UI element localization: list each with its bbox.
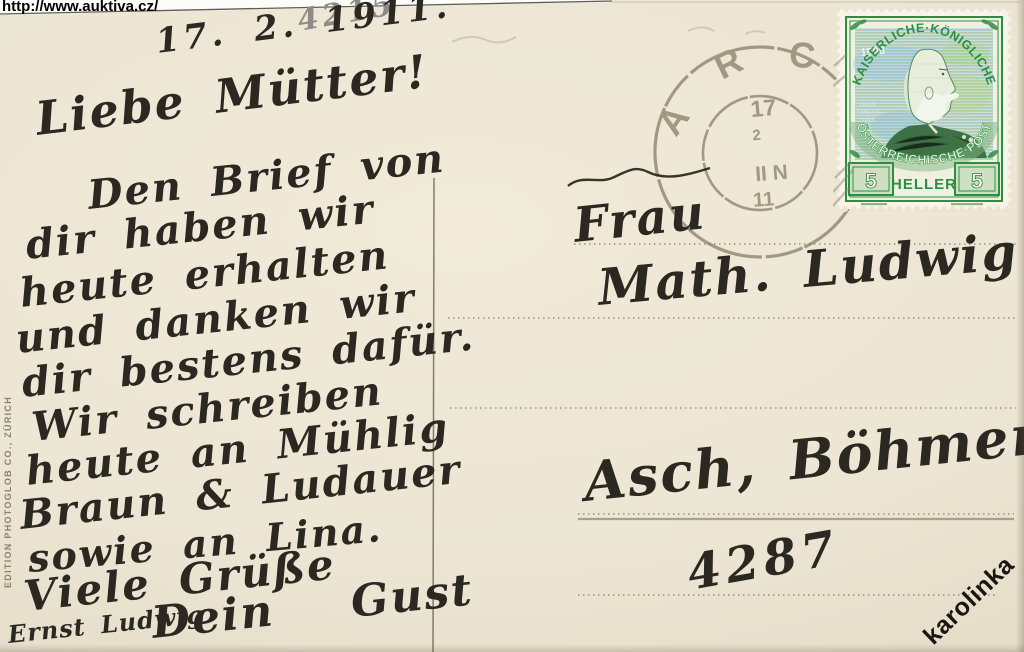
- address-line: 4287: [683, 520, 844, 602]
- postmark-town-letters: A R C: [649, 33, 817, 142]
- svg-text:2: 2: [752, 127, 762, 145]
- svg-text:C: C: [787, 33, 817, 76]
- stamp: 1908 FRAN CISCVS TIVS KAISERLICHE·KÖNIGL…: [833, 6, 1015, 212]
- scan-bottom-edge: [0, 644, 1024, 652]
- scan-right-edge: [1016, 0, 1024, 652]
- source-url: http://www.auktiva.cz/: [2, 0, 158, 15]
- svg-text:17: 17: [749, 94, 777, 122]
- watermark: karolinka: [918, 551, 1020, 651]
- svg-text:5: 5: [971, 170, 983, 193]
- svg-text:R: R: [708, 39, 749, 87]
- handwriting-flourish: [568, 168, 710, 186]
- stamp-value-right: 5: [955, 163, 999, 195]
- postmark-date: 17 2 II N 11: [749, 94, 788, 212]
- pencil-smudges: [452, 28, 765, 43]
- svg-text:11: 11: [752, 188, 775, 211]
- svg-text:II N: II N: [754, 161, 788, 186]
- postcard-scan: A R C 17 2 II N 11 http://www.auktiva.cz…: [0, 0, 1024, 652]
- publisher-imprint: EDITION PHOTOGLOB CO., ZÜRICH: [3, 396, 13, 588]
- postmark-inner-circle: [703, 96, 817, 210]
- message-salutation: Liebe Mütter!: [33, 44, 432, 146]
- address-line: Frau: [571, 184, 709, 254]
- stamp-value-left: 5: [849, 163, 893, 195]
- stamp-currency: HELLER: [891, 176, 957, 193]
- svg-text:5: 5: [865, 170, 877, 193]
- svg-text:FRAN: FRAN: [859, 101, 877, 108]
- svg-text:CISCVS: CISCVS: [857, 109, 880, 116]
- svg-text:A: A: [649, 98, 697, 143]
- address-line: Asch, Böhmen: [581, 401, 1024, 514]
